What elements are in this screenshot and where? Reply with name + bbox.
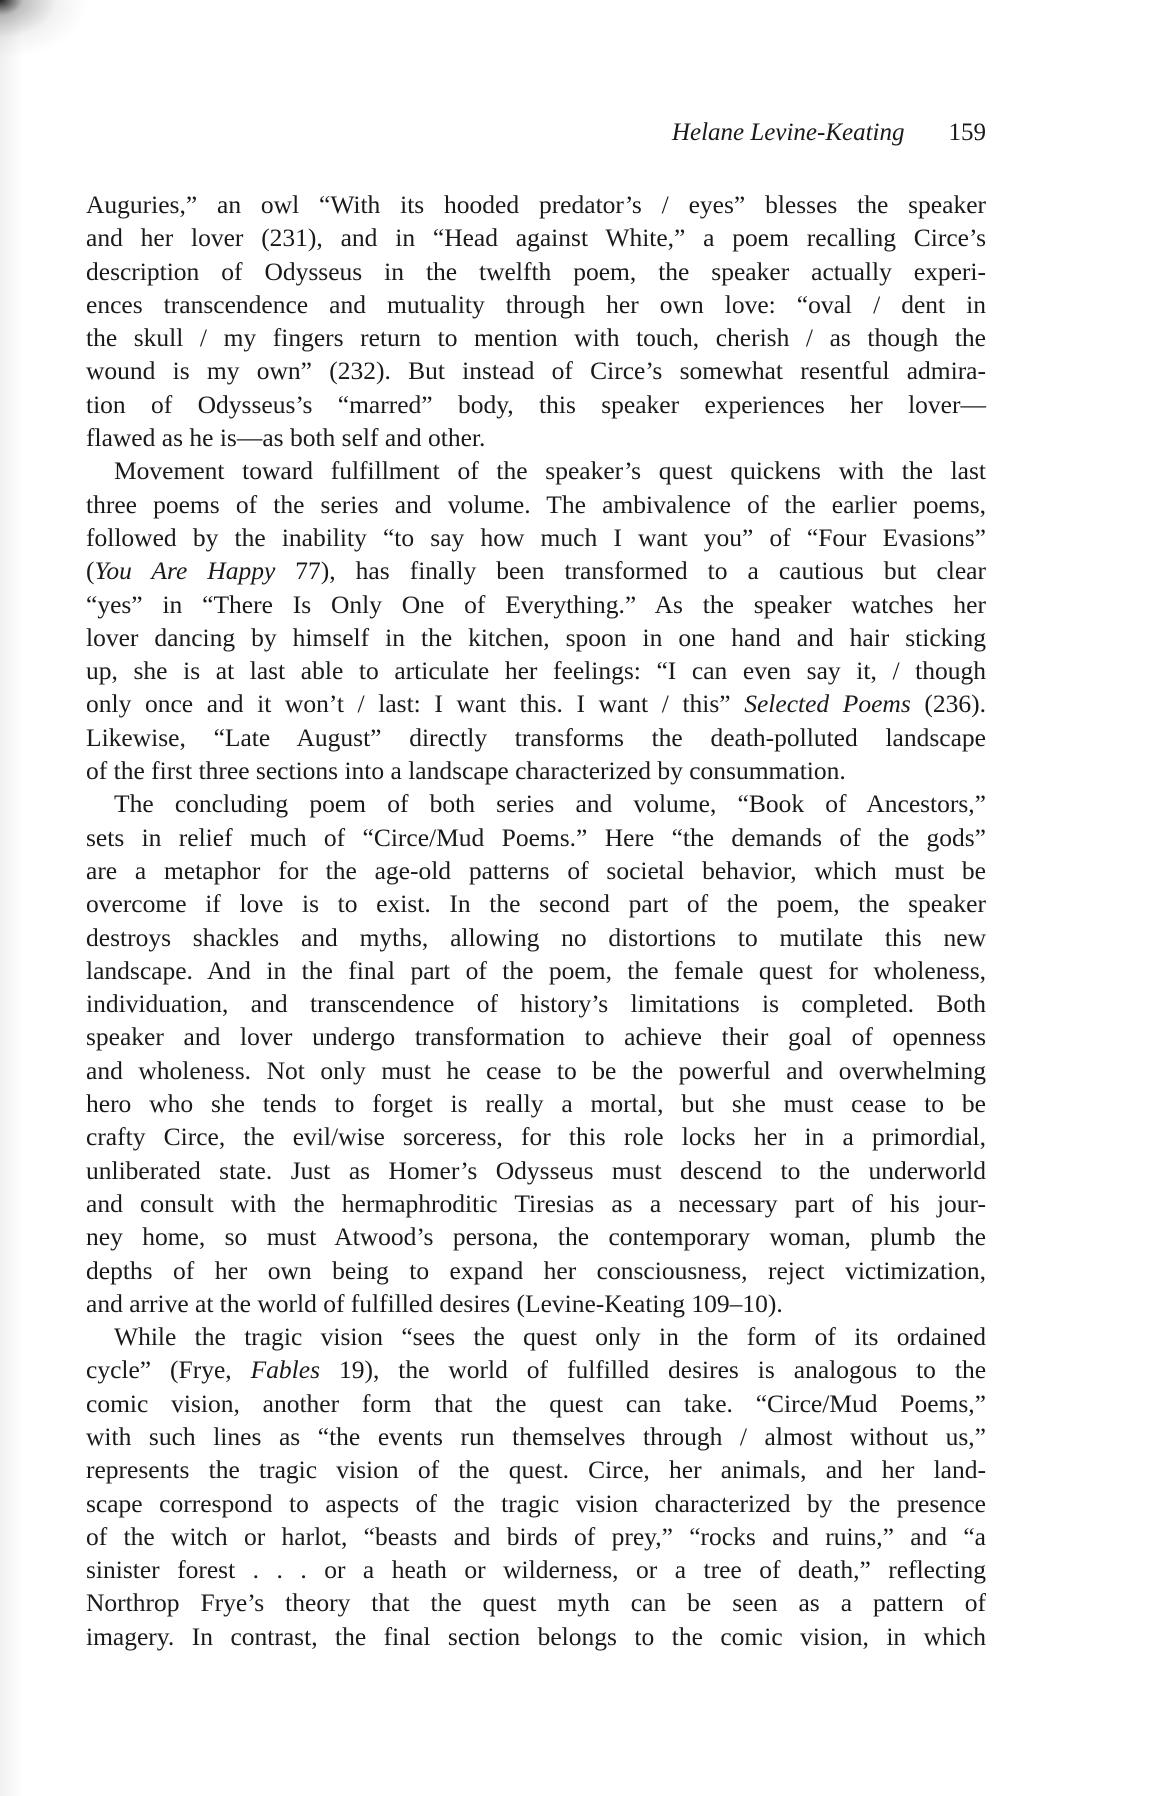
text-line: and consult with the hermaphroditic Tire… xyxy=(86,1187,986,1220)
text-line: Likewise, “Late August” directly transfo… xyxy=(86,721,986,754)
paragraph: While the tragic vision “sees the quest … xyxy=(86,1320,986,1653)
text-line: lover dancing by himself in the kitchen,… xyxy=(86,621,986,654)
paragraph: Movement toward fulfillment of the speak… xyxy=(86,454,986,787)
text-run: cycle” (Frye, xyxy=(86,1355,251,1384)
text-line: flawed as he is—as both self and other. xyxy=(86,421,986,454)
page-edge-shadow xyxy=(0,0,22,1796)
text-line: comic vision, another form that the ques… xyxy=(86,1387,986,1420)
text-run: (236). xyxy=(911,689,986,718)
italic-title: Fables xyxy=(251,1355,320,1384)
text-line: The concluding poem of both series and v… xyxy=(86,787,986,820)
text-line: wound is my own” (232). But instead of C… xyxy=(86,354,986,387)
text-line: are a metaphor for the age-old patterns … xyxy=(86,854,986,887)
text-line: sets in relief much of “Circe/Mud Poems.… xyxy=(86,821,986,854)
page-number: 159 xyxy=(949,119,987,146)
text-line: destroys shackles and myths, allowing no… xyxy=(86,921,986,954)
text-run: 77), has finally been transformed to a c… xyxy=(275,556,986,585)
text-line: with such lines as “the events run thems… xyxy=(86,1420,986,1453)
text-line: “yes” in “There Is Only One of Everythin… xyxy=(86,588,986,621)
text-line: description of Odysseus in the twelfth p… xyxy=(86,255,986,288)
text-line: cycle” (Frye, Fables 19), the world of f… xyxy=(86,1353,986,1386)
text-line: ney home, so must Atwood’s persona, the … xyxy=(86,1220,986,1253)
paragraph: The concluding poem of both series and v… xyxy=(86,787,986,1320)
text-line: overcome if love is to exist. In the sec… xyxy=(86,887,986,920)
text-line: and arrive at the world of fulfilled des… xyxy=(86,1287,986,1320)
text-line: Northrop Frye’s theory that the quest my… xyxy=(86,1586,986,1619)
text-line: Auguries,” an owl “With its hooded preda… xyxy=(86,188,986,221)
text-run: 19), the world of fulfilled desires is a… xyxy=(320,1355,986,1384)
text-line: and wholeness. Not only must he cease to… xyxy=(86,1054,986,1087)
text-line: up, she is at last able to articulate he… xyxy=(86,654,986,687)
text-line: While the tragic vision “sees the quest … xyxy=(86,1320,986,1353)
text-line: of the witch or harlot, “beasts and bird… xyxy=(86,1520,986,1553)
text-line: only once and it won’t / last: I want th… xyxy=(86,687,986,720)
text-run: only once and it won’t / last: I want th… xyxy=(86,689,744,718)
text-line: the skull / my fingers return to mention… xyxy=(86,321,986,354)
text-line: Movement toward fulfillment of the speak… xyxy=(86,454,986,487)
body-text: Auguries,” an owl “With its hooded preda… xyxy=(86,188,986,1653)
text-line: represents the tragic vision of the ques… xyxy=(86,1453,986,1486)
text-line: (You Are Happy 77), has finally been tra… xyxy=(86,554,986,587)
italic-title: You Are Happy xyxy=(95,556,276,585)
paragraph: Auguries,” an owl “With its hooded preda… xyxy=(86,188,986,454)
text-line: and her lover (231), and in “Head agains… xyxy=(86,221,986,254)
text-line: individuation, and transcendence of hist… xyxy=(86,987,986,1020)
italic-title: Selected Poems xyxy=(744,689,911,718)
running-head-author: Helane Levine-Keating xyxy=(672,119,905,146)
text-line: imagery. In contrast, the final section … xyxy=(86,1620,986,1653)
text-line: crafty Circe, the evil/wise sorceress, f… xyxy=(86,1120,986,1153)
text-line: landscape. And in the final part of the … xyxy=(86,954,986,987)
text-line: of the first three sections into a lands… xyxy=(86,754,986,787)
text-line: tion of Odysseus’s “marred” body, this s… xyxy=(86,388,986,421)
text-line: unliberated state. Just as Homer’s Odyss… xyxy=(86,1154,986,1187)
text-line: speaker and lover undergo transformation… xyxy=(86,1020,986,1053)
text-line: scape correspond to aspects of the tragi… xyxy=(86,1487,986,1520)
text-run: ( xyxy=(86,556,95,585)
text-line: hero who she tends to forget is really a… xyxy=(86,1087,986,1120)
text-line: ences transcendence and mutuality throug… xyxy=(86,288,986,321)
running-head: Helane Levine-Keating159 xyxy=(86,118,986,148)
text-line: depths of her own being to expand her co… xyxy=(86,1254,986,1287)
text-line: three poems of the series and volume. Th… xyxy=(86,488,986,521)
scan-corner-shadow xyxy=(0,0,90,60)
text-line: followed by the inability “to say how mu… xyxy=(86,521,986,554)
text-line: sinister forest . . . or a heath or wild… xyxy=(86,1553,986,1586)
